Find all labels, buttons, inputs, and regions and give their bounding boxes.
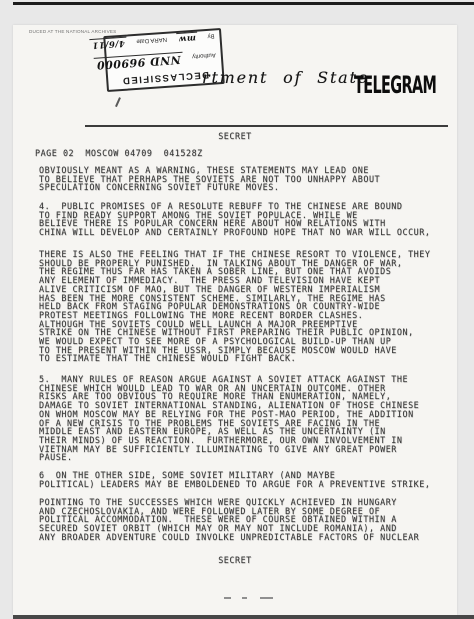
body-paragraph-3: THERE IS ALSO THE FEELING THAT IF THE CH… [39, 250, 430, 363]
stamp-by-label: By [207, 32, 214, 38]
header-divider-rule [85, 125, 448, 127]
body-paragraph-1: OBVIOUSLY MEANT AS A WARNING, THESE STAT… [39, 166, 380, 192]
smudge-mark [224, 597, 231, 599]
body-paragraph-5: 6 ON THE OTHER SIDE, SOME SOVIET MILITAR… [39, 471, 430, 488]
smudge-mark [260, 597, 273, 599]
body-paragraph-6: POINTING TO THE SUCCESSES WHICH WERE QUI… [39, 498, 419, 542]
smudge-mark [242, 597, 247, 599]
telegram-masthead: TELEGRAM [354, 71, 436, 99]
pen-slash-mark [115, 97, 120, 107]
national-archives-note: DUCED AT THE NATIONAL ARCHIVES [29, 29, 116, 34]
scanned-telegram-page: { "colors": { "paper": "#f6f5f2", "backg… [0, 0, 474, 619]
stamp-nara-date-label: NARA Date [136, 36, 167, 44]
body-paragraph-2: 4. PUBLIC PROMISES OF A RESOLUTE REBUFF … [39, 202, 430, 237]
body-paragraph-4: 5. MANY RULES OF REASON ARGUE AGAINST A … [39, 375, 419, 462]
telegram-page: DUCED AT THE NATIONAL ARCHIVES DECLASSIF… [13, 25, 457, 615]
stamp-date-handwriting: 4/6/11 [90, 37, 128, 51]
classification-bottom: SECRET [13, 556, 457, 565]
classification-top: SECRET [13, 132, 457, 141]
stamp-by-handwriting: mw [176, 32, 198, 44]
department-of-state-title: rtment of State [202, 68, 369, 87]
page-header-line: PAGE 02 MOSCOW 04709 041528Z [35, 149, 203, 158]
stamp-authority-label: Authority [192, 51, 216, 59]
scan-top-edge-bar [13, 2, 474, 5]
scan-bottom-edge-bar [13, 615, 474, 619]
